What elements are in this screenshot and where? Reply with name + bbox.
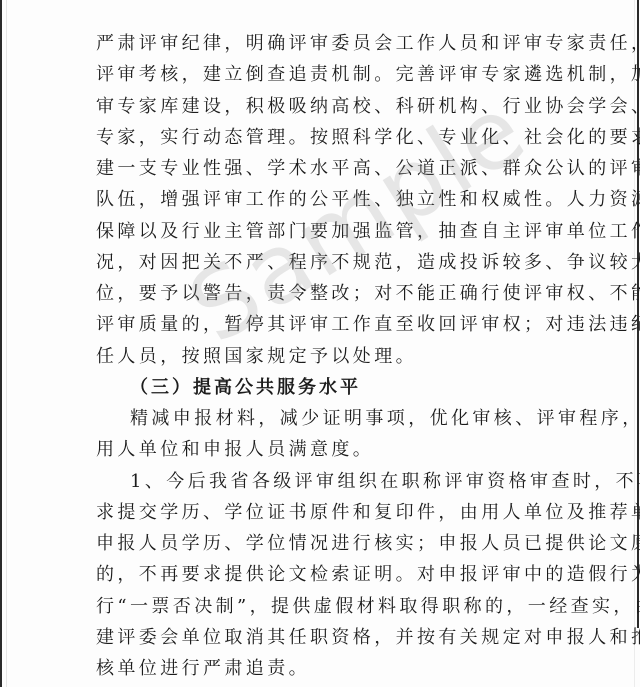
text-line: 建评委会单位取消其任职资格，并按有关规定对申报人和推荐审	[96, 622, 552, 653]
paragraph-start-line: 精减申报材料，减少证明事项，优化审核、评审程序，提高	[96, 403, 552, 434]
text-line: 严肃评审纪律，明确评审委员会工作人员和评审专家责任，强化	[96, 28, 552, 59]
text-line: 申报人员学历、学位情况进行核实；申报人员已提供论文原刊	[96, 528, 552, 559]
document-page: 严肃评审纪律，明确评审委员会工作人员和评审专家责任，强化 评审考核，建立倒查追责…	[96, 28, 552, 684]
text-line: 保障以及行业主管部门要加强监管，抽查自主评审单位工作情	[96, 216, 552, 247]
text-line: 求提交学历、学位证书原件和复印件，由用人单位及推荐单位对	[96, 497, 552, 528]
numbered-item-start-line: 1、今后我省各级评审组织在职称评审资格审查时，不再要	[96, 466, 552, 497]
scan-border-left-faint	[6, 0, 7, 687]
text-line: 行“一票否决制”，提供虚假材料取得职称的，一经查实，由组	[96, 591, 552, 622]
text-line: 评审质量的，暂停其评审工作直至收回评审权；对违法违纪的责	[96, 309, 552, 340]
text-line: 建一支专业性强、学术水平高、公道正派、群众公认的评审专家	[96, 153, 552, 184]
text-line: 审专家库建设，积极吸纳高校、科研机构、行业协会学会、企业	[96, 91, 552, 122]
text-line: 任人员，按照国家规定予以处理。	[96, 341, 552, 372]
text-line: 况，对因把关不严、程序不规范，造成投诉较多、争议较大的单	[96, 247, 552, 278]
text-line: 用人单位和申报人员满意度。	[96, 434, 552, 465]
text-line: 核单位进行严肃追责。	[96, 653, 552, 684]
text-line: 位，要予以警告，责令整改；对不能正确行使评审权、不能保证	[96, 278, 552, 309]
text-line: 的，不再要求提供论文检索证明。对申报评审中的造假行为，实	[96, 559, 552, 590]
text-line: 专家，实行动态管理。按照科学化、专业化、社会化的要求，组	[96, 122, 552, 153]
text-line: 评审考核，建立倒查追责机制。完善评审专家遴选机制，加强评	[96, 59, 552, 90]
text-line: 队伍，增强评审工作的公平性、独立性和权威性。人力资源社会	[96, 184, 552, 215]
section-heading: （三）提高公共服务水平	[96, 372, 552, 403]
scan-border-left	[0, 0, 2, 687]
